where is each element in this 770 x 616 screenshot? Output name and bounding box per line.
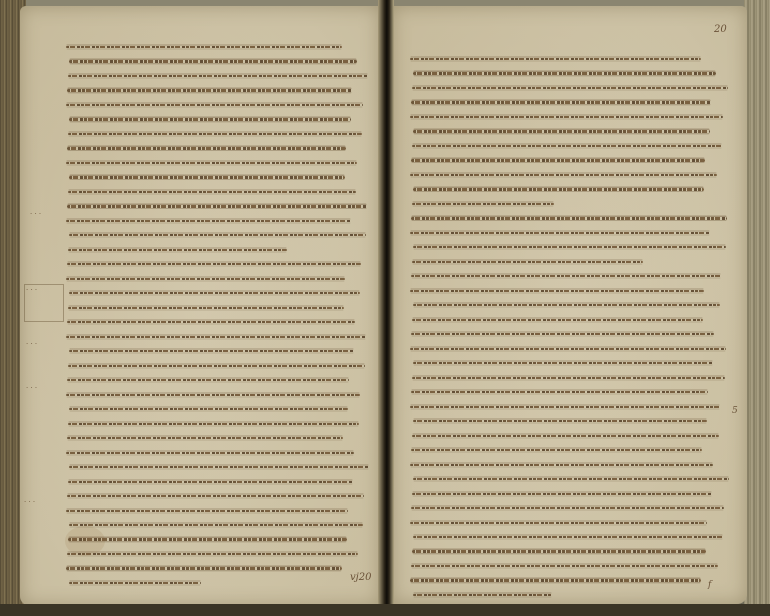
- handwritten-line: [68, 133, 362, 135]
- bottom-mark: f: [708, 580, 711, 590]
- handwritten-line: [67, 89, 352, 91]
- handwritten-line: [413, 246, 726, 248]
- handwritten-line: [410, 406, 720, 408]
- handwritten-line: [67, 263, 361, 265]
- handwritten-line: [411, 217, 727, 219]
- handwritten-line: [411, 275, 721, 277]
- handwritten-line: [411, 565, 718, 567]
- right-page-handwriting: [410, 58, 726, 608]
- handwritten-line: [66, 336, 366, 338]
- handwritten-line: [67, 553, 358, 555]
- handwritten-line: [69, 524, 363, 526]
- handwritten-line: [411, 159, 705, 161]
- handwritten-line: [66, 567, 342, 569]
- handwritten-line: [410, 522, 707, 524]
- left-page-handwriting: [66, 46, 366, 596]
- handwritten-line: [69, 466, 369, 468]
- handwritten-line: [67, 379, 349, 381]
- handwritten-line: [67, 321, 355, 323]
- handwritten-line: [412, 145, 722, 147]
- handwritten-line: [69, 60, 357, 62]
- handwritten-line: [410, 232, 710, 234]
- handwritten-line: [69, 234, 366, 236]
- handwritten-line: [412, 493, 712, 495]
- handwritten-line: [67, 205, 367, 207]
- handwritten-line: [66, 452, 354, 454]
- left-page: · · · · · · · · · · · · · · · vj20: [20, 6, 380, 606]
- margin-note: · · ·: [24, 498, 60, 506]
- handwritten-line: [412, 203, 554, 205]
- handwritten-line: [67, 437, 343, 439]
- handwritten-line: [413, 420, 707, 422]
- right-page: 20 5 f: [392, 6, 747, 604]
- handwritten-line: [413, 594, 552, 596]
- margin-mark: 5: [732, 406, 738, 416]
- handwritten-line: [413, 130, 710, 132]
- handwritten-line: [411, 333, 714, 335]
- handwritten-line: [412, 261, 643, 263]
- handwritten-line: [410, 464, 713, 466]
- handwritten-line: [66, 104, 363, 106]
- handwritten-line: [410, 579, 701, 581]
- margin-note: · · ·: [26, 384, 56, 392]
- handwritten-line: [413, 188, 704, 190]
- handwritten-line: [412, 377, 725, 379]
- handwritten-line: [68, 307, 344, 309]
- handwritten-line: [413, 536, 723, 538]
- handwritten-line: [410, 348, 726, 350]
- handwritten-line: [410, 116, 723, 118]
- handwritten-line: [411, 449, 702, 451]
- handwritten-line: [68, 423, 359, 425]
- handwritten-line: [67, 147, 346, 149]
- handwritten-line: [411, 507, 724, 509]
- handwritten-line: [410, 174, 717, 176]
- handwritten-line: [412, 550, 706, 552]
- handwritten-line: [412, 87, 728, 89]
- handwritten-line: [67, 495, 364, 497]
- handwritten-line: [410, 58, 701, 60]
- handwritten-line: [66, 162, 357, 164]
- handwritten-line: [69, 176, 345, 178]
- handwritten-line: [69, 292, 360, 294]
- book-edge-right: [744, 0, 770, 616]
- boxed-margin-note: · · ·: [24, 284, 64, 322]
- handwritten-line: [69, 118, 351, 120]
- handwritten-line: [69, 350, 354, 352]
- handwritten-line: [68, 538, 347, 540]
- handwritten-line: [68, 365, 365, 367]
- margin-note: · · ·: [26, 340, 56, 348]
- book-gutter: [378, 0, 394, 616]
- handwritten-line: [66, 394, 360, 396]
- manuscript-photo: · · · · · · · · · · · · · · · vj20 20 5 …: [0, 0, 770, 616]
- handwritten-line: [66, 46, 342, 48]
- handwritten-line: [411, 101, 711, 103]
- handwritten-line: [412, 435, 719, 437]
- handwritten-line: [68, 481, 353, 483]
- margin-note: · · ·: [30, 210, 60, 218]
- handwritten-line: [413, 362, 713, 364]
- folio-number: 20: [714, 24, 727, 35]
- handwritten-line: [68, 249, 287, 251]
- handwritten-line: [68, 75, 368, 77]
- folio-mark: vj20: [350, 572, 371, 583]
- handwritten-line: [413, 478, 729, 480]
- handwritten-line: [69, 582, 201, 584]
- handwritten-line: [410, 290, 704, 292]
- handwritten-line: [69, 408, 348, 410]
- handwritten-line: [411, 391, 708, 393]
- handwritten-line: [66, 220, 351, 222]
- handwritten-line: [412, 319, 703, 321]
- table-surface: [0, 604, 770, 616]
- handwritten-line: [66, 278, 345, 280]
- handwritten-line: [66, 510, 348, 512]
- handwritten-line: [68, 191, 356, 193]
- handwritten-line: [413, 72, 716, 74]
- handwritten-line: [413, 304, 720, 306]
